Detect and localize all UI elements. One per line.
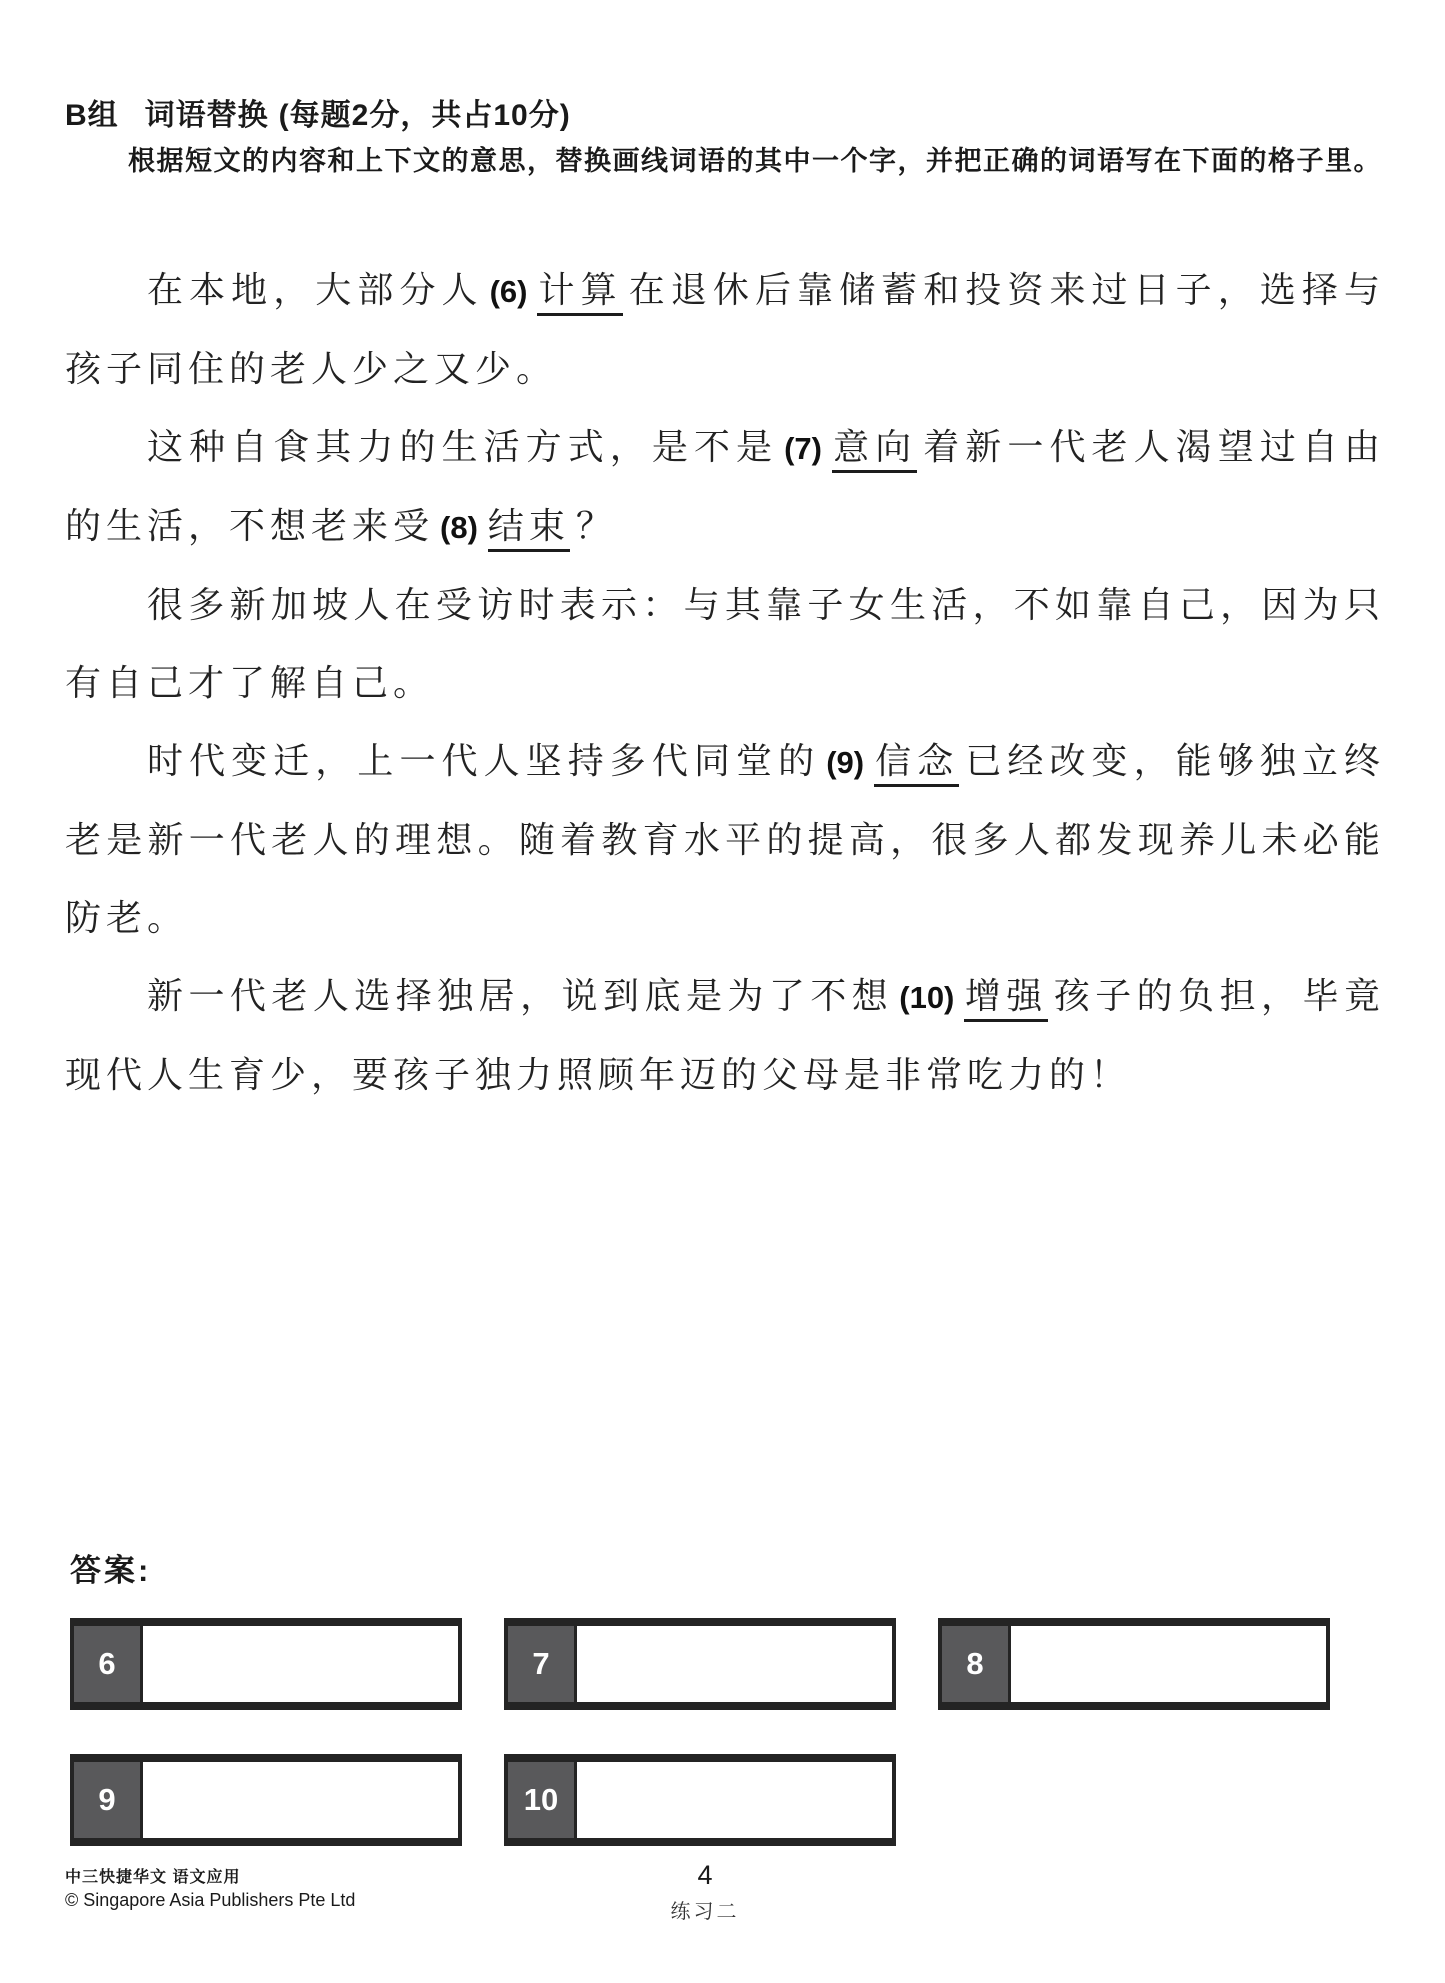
answer-cell-8[interactable] xyxy=(1008,1626,1326,1702)
passage-text: ？ xyxy=(576,506,617,547)
answer-section: 答案: 6 7 8 9 10 xyxy=(70,1545,1390,1846)
page-number: 4 xyxy=(0,1860,1410,1891)
answer-box-7: 7 xyxy=(504,1618,896,1710)
answer-number-9: 9 xyxy=(74,1762,140,1838)
answer-number-8: 8 xyxy=(942,1626,1008,1702)
answer-cell-9[interactable] xyxy=(140,1762,458,1838)
passage-text: 这种自食其力的生活方式，是不是 xyxy=(147,427,778,468)
answer-box-8: 8 xyxy=(938,1618,1330,1710)
exercise-label: 练习二 xyxy=(0,1895,1410,1924)
question-marker-10: (10) xyxy=(899,980,954,1015)
answer-box-10: 10 xyxy=(504,1754,896,1846)
underlined-word-7: 意向 xyxy=(832,427,917,473)
answer-number-10: 10 xyxy=(508,1762,574,1838)
passage-paragraph-5: 新一代老人选择独居，说到底是为了不想(10)增强孩子的负担，毕竟现代人生育少，要… xyxy=(65,958,1385,1115)
passage-text: 很多新加坡人在受访时表示：与其靠子女生活，不如靠自己，因为只有自己才了解自己。 xyxy=(65,585,1385,704)
answer-row-1: 6 7 8 xyxy=(70,1618,1390,1710)
footer-page-block: 4 练习二 xyxy=(0,1860,1410,1924)
answer-number-7: 7 xyxy=(508,1626,574,1702)
underlined-word-8: 结束 xyxy=(488,506,570,552)
answer-box-6: 6 xyxy=(70,1618,462,1710)
question-marker-8: (8) xyxy=(440,510,478,545)
passage: 在本地，大部分人(6)计算在退休后靠储蓄和投资来过日子，选择与孩子同住的老人少之… xyxy=(65,252,1385,1115)
answer-label: 答案: xyxy=(70,1545,1390,1590)
answer-cell-6[interactable] xyxy=(140,1626,458,1702)
passage-paragraph-2: 这种自食其力的生活方式，是不是(7)意向着新一代老人渴望过自由的生活，不想老来受… xyxy=(65,409,1385,567)
underlined-word-6: 计算 xyxy=(537,270,622,316)
underlined-word-9: 信念 xyxy=(874,741,959,787)
passage-paragraph-4: 时代变迁，上一代人坚持多代同堂的(9)信念已经改变，能够独立终老是新一代老人的理… xyxy=(65,723,1385,958)
passage-text: 新一代老人选择独居，说到底是为了不想 xyxy=(147,976,893,1017)
question-marker-9: (9) xyxy=(826,745,864,780)
passage-text: 时代变迁，上一代人坚持多代同堂的 xyxy=(147,741,820,782)
section-label: B组 xyxy=(65,99,119,132)
question-marker-7: (7) xyxy=(784,431,822,466)
passage-paragraph-3: 很多新加坡人在受访时表示：与其靠子女生活，不如靠自己，因为只有自己才了解自己。 xyxy=(65,567,1385,723)
section-heading: B组词语替换(每题2分，共占10分) xyxy=(65,90,571,134)
instructions-text: 根据短文的内容和上下文的意思，替换画线词语的其中一个字，并把正确的词语写在下面的… xyxy=(128,138,1390,185)
answer-number-6: 6 xyxy=(74,1626,140,1702)
underlined-word-10: 增强 xyxy=(964,976,1047,1022)
section-title: 词语替换 xyxy=(145,99,269,132)
answer-cell-10[interactable] xyxy=(574,1762,892,1838)
worksheet-page: B组词语替换(每题2分，共占10分) 根据短文的内容和上下文的意思，替换画线词语… xyxy=(0,0,1445,1983)
question-marker-6: (6) xyxy=(490,274,528,309)
answer-row-2: 9 10 xyxy=(70,1754,1390,1846)
marks-note: (每题2分，共占10分) xyxy=(279,99,571,132)
answer-cell-7[interactable] xyxy=(574,1626,892,1702)
answer-box-9: 9 xyxy=(70,1754,462,1846)
passage-paragraph-1: 在本地，大部分人(6)计算在退休后靠储蓄和投资来过日子，选择与孩子同住的老人少之… xyxy=(65,252,1385,409)
passage-text: 在本地，大部分人 xyxy=(147,270,484,311)
